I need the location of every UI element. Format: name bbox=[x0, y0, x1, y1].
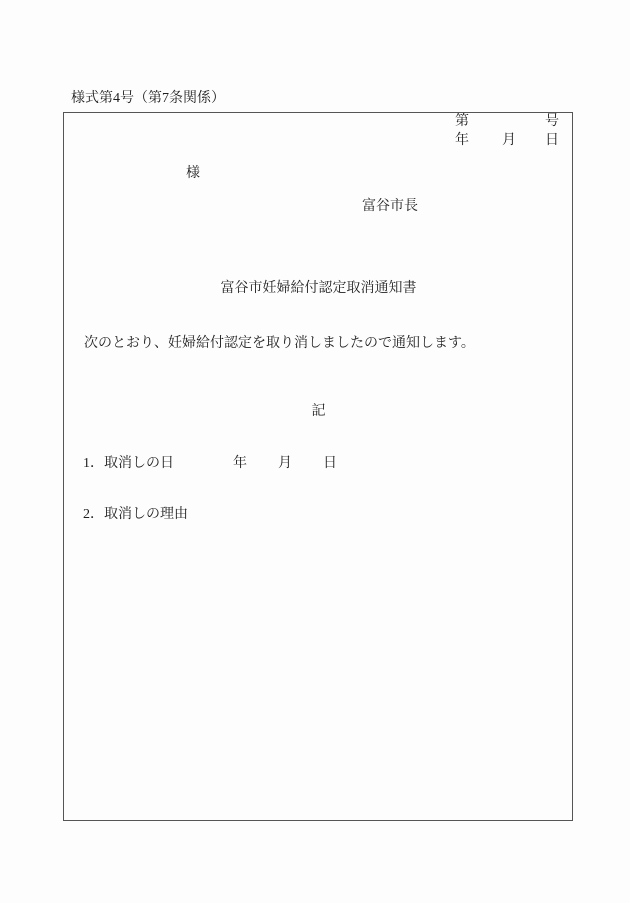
item-1-day-label: 日 bbox=[323, 456, 337, 473]
item-1-number: 1． bbox=[83, 456, 104, 471]
addressee-honorific: 様 bbox=[186, 166, 200, 183]
doc-number-prefix: 第 bbox=[455, 114, 469, 131]
item-1-label: 取消しの日 bbox=[104, 456, 174, 471]
notice-document-page: 様式第4号（第7条関係） 第 号 年 月 日 様 富谷市長 富谷市妊婦給付認定取… bbox=[0, 0, 630, 903]
item-2-number: 2． bbox=[83, 507, 104, 522]
record-marker: 記 bbox=[63, 404, 574, 421]
item-1: 1．取消しの日 bbox=[83, 456, 174, 473]
item-2: 2．取消しの理由 bbox=[83, 507, 188, 524]
form-code-label: 様式第4号（第7条関係） bbox=[71, 91, 225, 108]
item-2-label: 取消しの理由 bbox=[104, 507, 188, 522]
sender-name: 富谷市長 bbox=[362, 199, 418, 216]
item-1-year-label: 年 bbox=[233, 456, 247, 473]
issue-date-month-label: 月 bbox=[502, 133, 516, 150]
doc-number-suffix: 号 bbox=[545, 114, 559, 131]
body-text: 次のとおり、妊婦給付認定を取り消しましたので通知します。 bbox=[84, 336, 475, 353]
document-title: 富谷市妊婦給付認定取消通知書 bbox=[63, 281, 574, 298]
issue-date-day-label: 日 bbox=[545, 133, 559, 150]
item-1-month-label: 月 bbox=[278, 456, 292, 473]
issue-date-year-label: 年 bbox=[455, 133, 469, 150]
